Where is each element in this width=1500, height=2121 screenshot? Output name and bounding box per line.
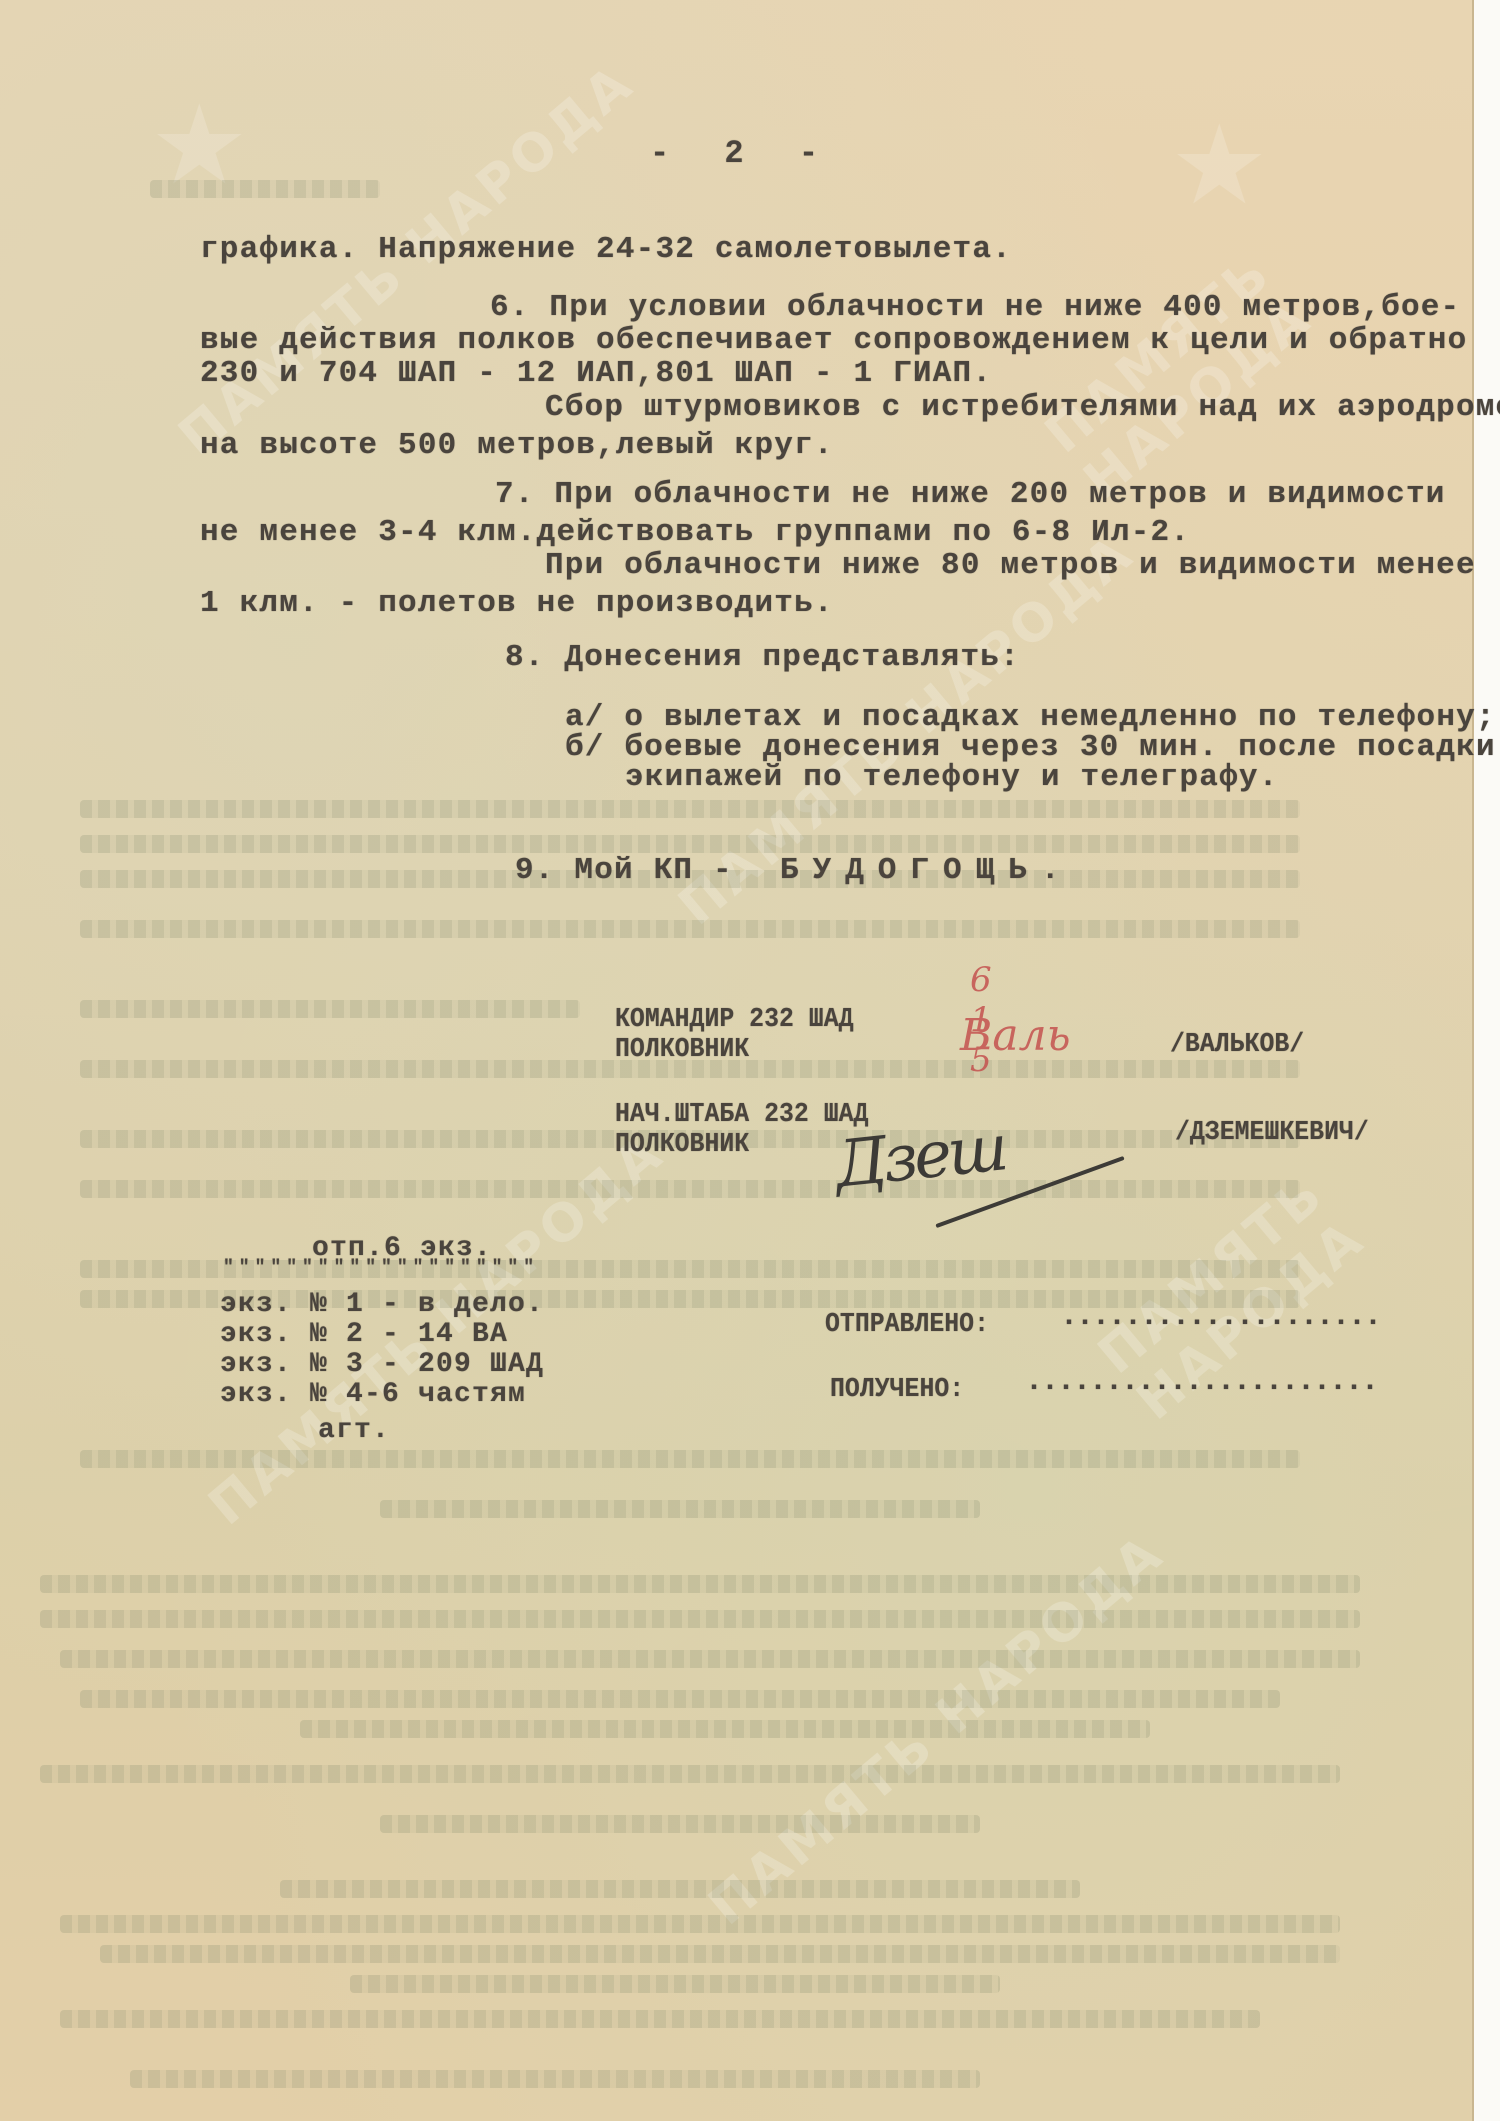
watermark-star-icon: ★ bbox=[150, 100, 240, 190]
item6-line3: 230 и 704 ШАП - 12 ИАП,801 ШАП - 1 ГИАП. bbox=[200, 356, 992, 391]
chief-of-staff-title: НАЧ.ШТАБА 232 ШАД bbox=[615, 1100, 868, 1130]
distribution-separator: """""""""""""""""""" bbox=[223, 1258, 539, 1278]
distribution-footer: агт. bbox=[318, 1415, 390, 1446]
distribution-row: экз. № 3 - 209 ШАД bbox=[220, 1350, 544, 1380]
distribution-row: экз. № 2 - 14 ВА bbox=[220, 1320, 508, 1350]
commander-name: /ВАЛЬКОВ/ bbox=[1170, 1030, 1304, 1060]
item8-b2: экипажей по телефону и телеграфу. bbox=[625, 760, 1279, 795]
intro-line: графика. Напряжение 24-32 самолетовылета… bbox=[200, 232, 1012, 267]
sent-field: .................... bbox=[1060, 1300, 1380, 1334]
item7-line1: 7. При облачности не ниже 200 метров и в… bbox=[495, 477, 1446, 512]
received-label: ПОЛУЧЕНО: bbox=[830, 1375, 964, 1405]
distribution-row: экз. № 4-6 частям bbox=[220, 1380, 526, 1410]
item6-line2: вые действия полков обеспечивает сопрово… bbox=[200, 323, 1467, 358]
chief-of-staff-rank: ПОЛКОВНИК bbox=[615, 1130, 749, 1160]
chief-of-staff-name: /ДЗЕМЕШКЕВИЧ/ bbox=[1175, 1118, 1369, 1148]
item6-line5: на высоте 500 метров,левый круг. bbox=[200, 428, 834, 463]
item7-line4: 1 клм. - полетов не производить. bbox=[200, 586, 834, 621]
received-field: ...................... bbox=[1025, 1365, 1377, 1399]
item8-heading: 8. Донесения представлять: bbox=[505, 640, 1020, 675]
commander-title: КОМАНДИР 232 ШАД bbox=[615, 1005, 854, 1035]
item6-line1: 6. При условии облачности не ниже 400 ме… bbox=[490, 290, 1460, 325]
commander-rank: ПОЛКОВНИК bbox=[615, 1035, 749, 1065]
item7-line2: не менее 3-4 клм.действовать группами по… bbox=[200, 515, 1190, 550]
watermark-star-icon: ★ bbox=[1170, 120, 1260, 210]
item7-line3: При облачности ниже 80 метров и видимост… bbox=[545, 548, 1476, 583]
item6-line4: Сбор штурмовиков с истребителями над их … bbox=[545, 390, 1500, 425]
item9-prefix: 9. Мой КП - bbox=[515, 853, 733, 888]
sent-label: ОТПРАВЛЕНО: bbox=[825, 1310, 989, 1340]
document-page: ★ ★ ПАМЯТЬ НАРОДА ПАМЯТЬ НАРОДА ПАМЯТЬ Н… bbox=[0, 0, 1474, 2121]
item9-location: БУДОГОЩЬ. bbox=[780, 853, 1073, 888]
page-number: - 2 - bbox=[650, 135, 836, 172]
distribution-row: экз. № 1 - в дело. bbox=[220, 1290, 544, 1320]
